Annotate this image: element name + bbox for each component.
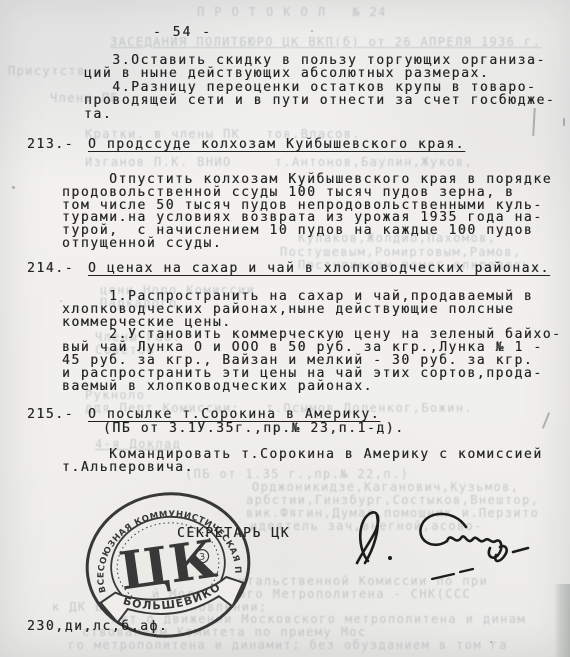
signature-trailing-dash	[513, 548, 528, 552]
ghost-line: Присутств	[8, 64, 86, 78]
item-213-title: О продссуде колхозам Куйбышевского края.	[88, 139, 465, 152]
stalin-signature	[332, 503, 542, 599]
item-215-subtitle: (ПБ от 3.1У.35г.,пр.№ 23,п.1-д).	[103, 423, 405, 436]
item-215-title: О посылке т.Сорокина в Америку.	[88, 409, 380, 422]
ghost-line: Орджоникидзе,Каганович,Кузьмов,	[252, 480, 519, 494]
signature-stroke-flourish	[447, 536, 501, 557]
signature-underline-1	[432, 574, 454, 579]
item-214-body: 1.Распространить на сахар и чай,продавае…	[62, 291, 562, 393]
ghost-line: П Р О Т О К О Л № 24	[197, 5, 387, 19]
intro-paragraphs: 3.Оставить скидку в пользу торгующих орг…	[84, 54, 555, 121]
item-215-body: Командировать т.Сорокина в Америку с ком…	[62, 449, 543, 475]
signature-dot	[388, 556, 392, 560]
ghost-line: Изганов П.К. ВНИО т.Антонов,Баулин,Жуков…	[85, 155, 473, 169]
signature-underline-2	[460, 569, 473, 572]
scan-speck-5	[60, 300, 62, 302]
scan-edge-strip	[554, 584, 570, 657]
item-214-title: О ценах на сахар и чай в хлопководческих…	[88, 263, 550, 276]
scan-speck-2	[12, 186, 15, 189]
footer-code: 230,ди,лс,б,аф.	[27, 621, 168, 634]
item-213-number: 213.-	[27, 139, 74, 152]
page-number: - 54 -	[153, 27, 212, 40]
scan-speck-4	[490, 641, 492, 643]
scanned-protocol-page: П Р О Т О К О Л № 24ЗАСЕДАНИЯ ПОЛИТБЮРО …	[0, 0, 570, 657]
item-215-number: 215.-	[27, 409, 74, 422]
scan-speck-3	[563, 118, 565, 126]
item-214-number: 214.-	[27, 263, 74, 276]
scan-mark-right-mid	[542, 412, 550, 429]
scan-speck-1	[311, 30, 313, 32]
item-213-body: Отпустить колхозам Куйбышевского края в …	[62, 174, 552, 251]
scan-mark-right-top	[532, 108, 535, 136]
